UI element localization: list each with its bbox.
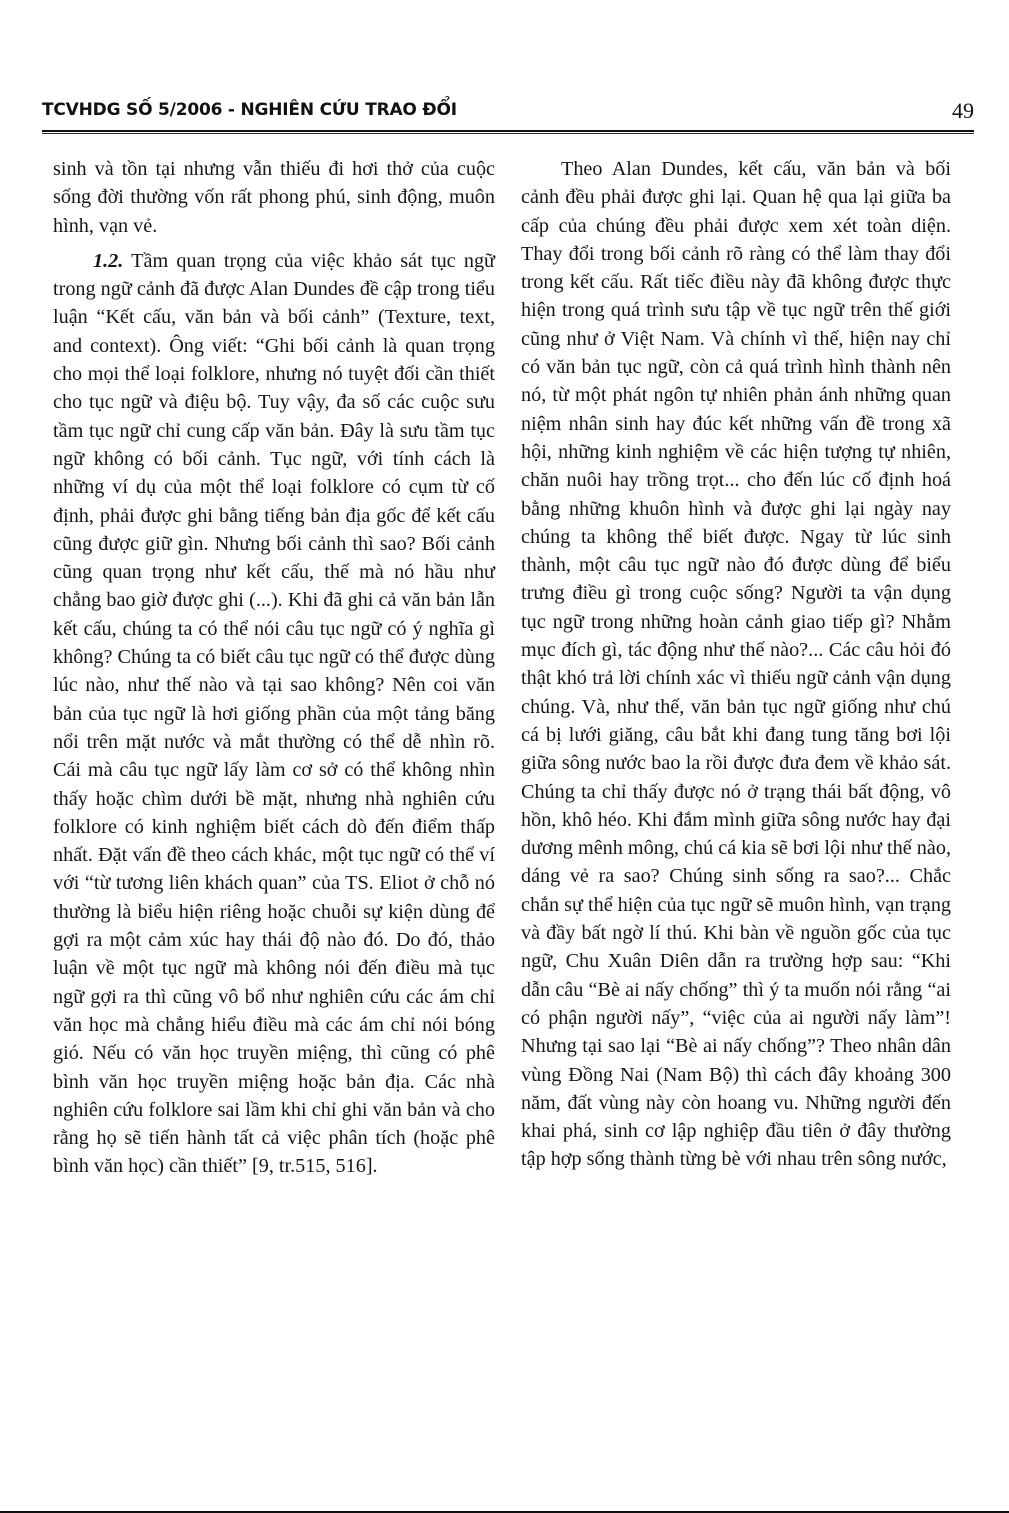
header-rule	[42, 130, 974, 134]
paragraph: sinh và tồn tại nhưng vẫn thiếu đi hơi t…	[53, 155, 495, 240]
section-number: 1.2.	[93, 250, 123, 272]
running-title: TCVHDG SỐ 5/2006 - NGHIÊN CỨU TRAO ĐỔI	[42, 100, 457, 120]
page-header: TCVHDG SỐ 5/2006 - NGHIÊN CỨU TRAO ĐỔI 4…	[42, 100, 974, 124]
paragraph: 1.2. Tầm quan trọng của việc khảo sát tụ…	[53, 247, 495, 1181]
paragraph: Theo Alan Dundes, kết cấu, văn bản và bố…	[521, 155, 951, 1174]
paragraph-text: Tầm quan trọng của việc khảo sát tục ngữ…	[53, 250, 495, 1178]
right-column: Theo Alan Dundes, kết cấu, văn bản và bố…	[521, 155, 951, 1174]
left-column: sinh và tồn tại nhưng vẫn thiếu đi hơi t…	[53, 155, 495, 1181]
page-number: 49	[952, 98, 974, 124]
